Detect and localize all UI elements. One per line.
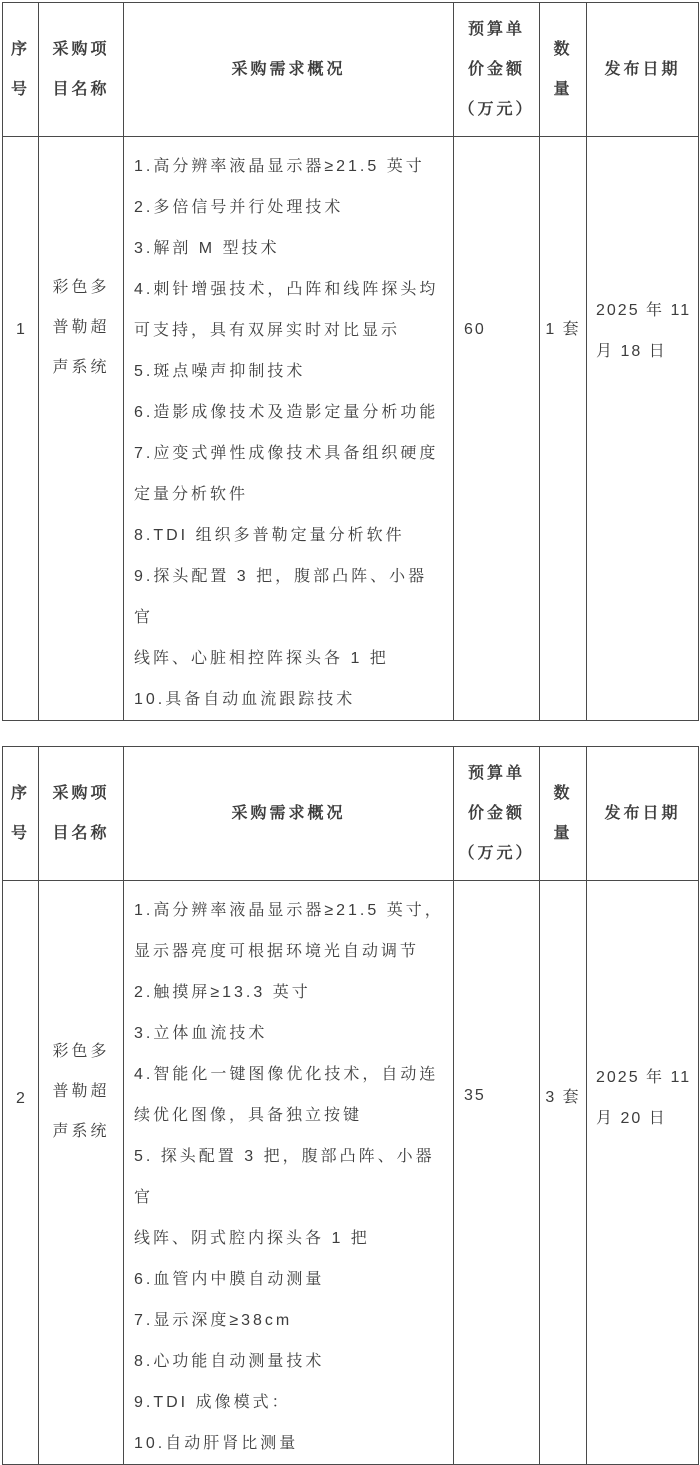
requirement-item: 7.显示深度≥38cm <box>134 1300 445 1341</box>
header-cell-budget-price: 预算单 价金额 （万元） <box>454 747 540 881</box>
publish-date-cell: 2025 年 11 月 18 日 <box>587 137 699 721</box>
quantity-cell: 1 套 <box>540 137 587 721</box>
procurement-table-2: 序 号 采购项 目名称 采购需求概况 预算单 价金额 （万元） 数 量 发布日期… <box>2 746 699 1465</box>
procurement-table-1: 序 号 采购项 目名称 采购需求概况 预算单 价金额 （万元） 数 量 发布日期… <box>2 2 699 721</box>
publish-date-cell: 2025 年 11 月 20 日 <box>587 881 699 1465</box>
requirement-item: 6.血管内中膜自动测量 <box>134 1259 445 1300</box>
requirement-item: 3.解剖 M 型技术 <box>134 228 445 269</box>
header-cell-project-name: 采购项 目名称 <box>39 3 124 137</box>
requirement-item: 8.TDI 组织多普勒定量分析软件 <box>134 515 445 556</box>
requirement-item: 7.应变式弹性成像技术具备组织硬度 定量分析软件 <box>134 433 445 515</box>
header-cell-project-name: 采购项 目名称 <box>39 747 124 881</box>
requirement-item: 8.心功能自动测量技术 <box>134 1341 445 1382</box>
quantity-cell: 3 套 <box>540 881 587 1465</box>
header-cell-requirements: 采购需求概况 <box>124 747 454 881</box>
header-cell-serial: 序 号 <box>3 3 39 137</box>
requirement-item: 6.造影成像技术及造影定量分析功能 <box>134 392 445 433</box>
header-cell-quantity: 数 量 <box>540 747 587 881</box>
header-cell-publish-date: 发布日期 <box>587 3 699 137</box>
project-name-cell: 彩色多 普勒超 声系统 <box>39 881 124 1465</box>
requirement-item: 4.刺针增强技术，凸阵和线阵探头均 可支持，具有双屏实时对比显示 <box>134 269 445 351</box>
header-cell-requirements: 采购需求概况 <box>124 3 454 137</box>
requirement-item: 10.自动肝肾比测量 <box>134 1423 445 1464</box>
header-cell-publish-date: 发布日期 <box>587 747 699 881</box>
requirement-item: 5.斑点噪声抑制技术 <box>134 351 445 392</box>
requirement-item: 10.具备自动血流跟踪技术 <box>134 679 445 720</box>
requirements-cell: 1.高分辨率液晶显示器≥21.5 英寸， 显示器亮度可根据环境光自动调节 2.触… <box>124 881 454 1465</box>
requirement-item: 9.探头配置 3 把，腹部凸阵、小器官 线阵、心脏相控阵探头各 1 把 <box>134 556 445 679</box>
budget-price-cell: 60 <box>454 137 540 721</box>
document-page: 序 号 采购项 目名称 采购需求概况 预算单 价金额 （万元） 数 量 发布日期… <box>0 0 700 1465</box>
requirement-item: 2.多倍信号并行处理技术 <box>134 187 445 228</box>
requirements-cell: 1.高分辨率液晶显示器≥21.5 英寸 2.多倍信号并行处理技术 3.解剖 M … <box>124 137 454 721</box>
header-cell-budget-price: 预算单 价金额 （万元） <box>454 3 540 137</box>
table-row: 1 彩色多 普勒超 声系统 1.高分辨率液晶显示器≥21.5 英寸 2.多倍信号… <box>3 137 699 721</box>
table-row: 2 彩色多 普勒超 声系统 1.高分辨率液晶显示器≥21.5 英寸， 显示器亮度… <box>3 881 699 1465</box>
header-row: 序 号 采购项 目名称 采购需求概况 预算单 价金额 （万元） 数 量 发布日期 <box>3 747 699 881</box>
serial-cell: 2 <box>3 881 39 1465</box>
requirement-item: 3.立体血流技术 <box>134 1013 445 1054</box>
requirement-item: 4.智能化一键图像优化技术，自动连 续优化图像，具备独立按键 <box>134 1054 445 1136</box>
budget-price-cell: 35 <box>454 881 540 1465</box>
requirement-item: 1.高分辨率液晶显示器≥21.5 英寸 <box>134 146 445 187</box>
header-cell-quantity: 数 量 <box>540 3 587 137</box>
serial-cell: 1 <box>3 137 39 721</box>
requirement-item: 9.TDI 成像模式： <box>134 1382 445 1423</box>
project-name-cell: 彩色多 普勒超 声系统 <box>39 137 124 721</box>
header-row: 序 号 采购项 目名称 采购需求概况 预算单 价金额 （万元） 数 量 发布日期 <box>3 3 699 137</box>
requirement-item: 5. 探头配置 3 把，腹部凸阵、小器官 线阵、阴式腔内探头各 1 把 <box>134 1136 445 1259</box>
requirement-item: 1.高分辨率液晶显示器≥21.5 英寸， 显示器亮度可根据环境光自动调节 <box>134 890 445 972</box>
header-cell-serial: 序 号 <box>3 747 39 881</box>
requirement-item: 2.触摸屏≥13.3 英寸 <box>134 972 445 1013</box>
